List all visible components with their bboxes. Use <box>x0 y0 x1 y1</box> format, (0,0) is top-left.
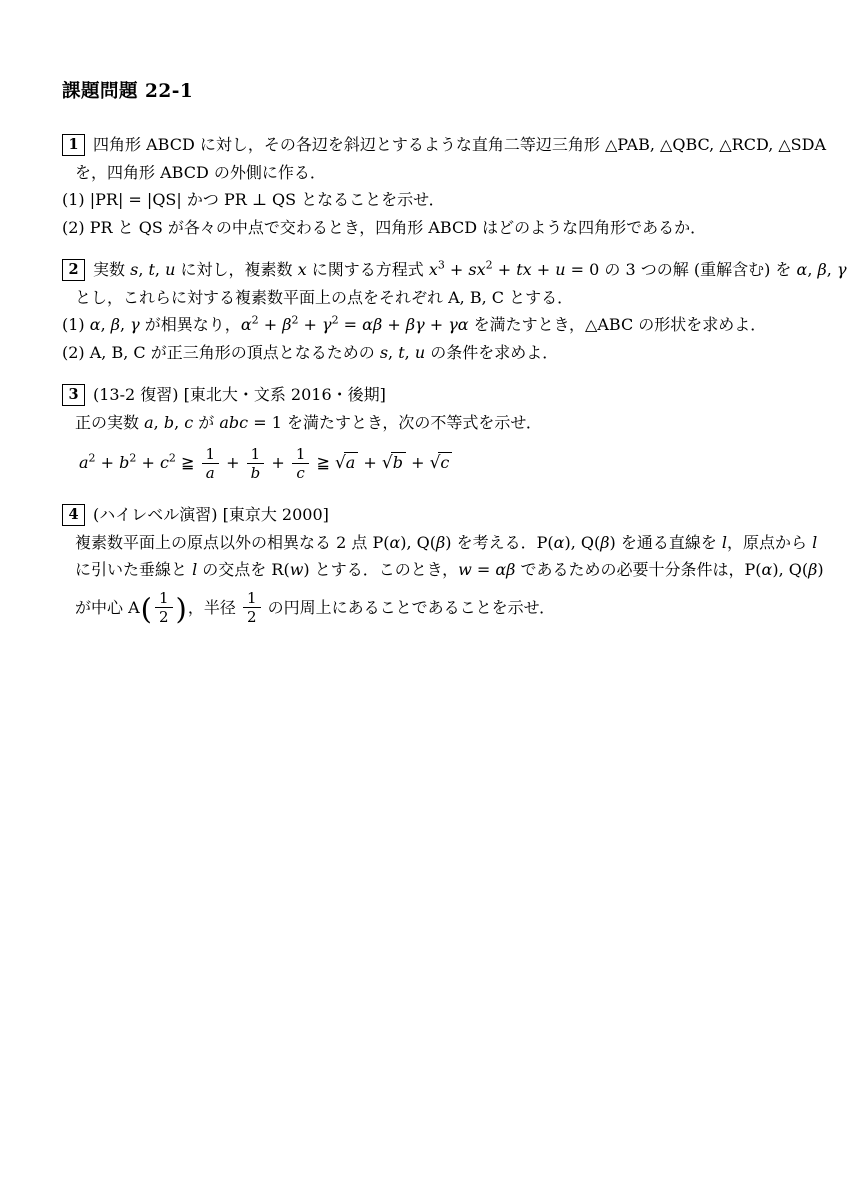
radicand: c <box>438 452 452 472</box>
text-run: に引いた垂線と <box>75 560 192 579</box>
text-run: = <box>472 560 496 579</box>
text-run: , <box>154 413 164 432</box>
text-run: + <box>96 453 120 472</box>
problem-2-subquestion-2: (2) A, B, C が正三角形の頂点となるための s, t, u の条件を求… <box>62 339 798 367</box>
fraction: 12 <box>243 589 261 626</box>
math-variable: αβ <box>362 315 382 334</box>
math-variable: w <box>458 560 472 579</box>
math-variable: s <box>380 343 388 362</box>
text-run: , <box>120 315 130 334</box>
text-run: , <box>388 343 398 362</box>
text-run: の交点を R( <box>197 560 289 579</box>
fraction-denominator: 2 <box>243 607 261 626</box>
page-title: 課題問題 22-1 <box>62 77 798 103</box>
math-variable: βγ <box>406 315 425 334</box>
text-run: (13-2 復習) [東北大・文系 2016・後期] <box>93 385 386 404</box>
text-run: 実数 <box>93 260 130 279</box>
fraction-numerator: 1 <box>292 445 310 463</box>
text-run: = <box>339 315 363 334</box>
math-variable: x <box>429 260 438 279</box>
math-variable: u <box>555 260 565 279</box>
text-run: + <box>298 315 322 334</box>
fraction-numerator: 1 <box>243 589 261 607</box>
math-variable: αβ <box>495 560 515 579</box>
math-variable: β <box>436 533 445 552</box>
text-run: に対し，複素数 <box>175 260 297 279</box>
math-variable: tx <box>516 260 531 279</box>
problem-1-statement-line-2: を，四角形 ABCD の外側に作る． <box>62 159 798 187</box>
text-run: , <box>405 343 415 362</box>
math-variable: c <box>160 453 169 472</box>
math-variable: α <box>797 260 808 279</box>
math-variable: α <box>762 560 773 579</box>
text-run: + <box>425 315 449 334</box>
text-run: , <box>155 260 165 279</box>
math-variable: α <box>389 533 400 552</box>
math-variable: x <box>298 260 307 279</box>
fraction: 12 <box>155 589 173 626</box>
math-variable: sx <box>468 260 485 279</box>
problem-2-statement-line-1: 2実数 s, t, u に対し，複素数 x に関する方程式 x3 + sx2 +… <box>62 256 798 284</box>
text-run: = 1 を満たすとき，次の不等式を示せ． <box>248 413 542 432</box>
text-run: 四角形 ABCD に対し，その各辺を斜辺とするような直角二等辺三角形 △PAB,… <box>93 135 826 154</box>
fraction-numerator: 1 <box>155 589 173 607</box>
math-variable: β <box>111 315 120 334</box>
problem-2-statement-line-2: とし，これらに対する複素数平面上の点をそれぞれ A, B, C とする． <box>62 284 798 312</box>
text-run: + <box>358 453 382 472</box>
text-run: ), Q( <box>564 533 600 552</box>
problem-3: 3(13-2 復習) [東北大・文系 2016・後期] 正の実数 a, b, c… <box>62 381 798 486</box>
text-run: の円周上にあることであることを示せ． <box>263 598 556 617</box>
math-variable: β <box>818 260 827 279</box>
text-run: , <box>138 260 148 279</box>
superscript: 3 <box>438 259 445 272</box>
text-run: を満たすとき，△ABC の形状を求めよ． <box>469 315 767 334</box>
fraction-numerator: 1 <box>247 445 265 463</box>
text-run: + <box>406 453 430 472</box>
text-run: = 0 の 3 つの解 (重解含む) を <box>566 260 797 279</box>
problem-3-source-label: (13-2 復習) [東北大・文系 2016・後期] <box>93 385 386 404</box>
text-run: に関する方程式 <box>307 260 429 279</box>
math-variable: c <box>184 413 193 432</box>
problem-4-statement-line-2: に引いた垂線と l の交点を R(w) とする．このとき，w = αβ であるた… <box>62 556 798 584</box>
problem-1-number-box: 1 <box>62 134 85 156</box>
text-run: (1) |PR| = |QS| かつ PR ⊥ QS となることを示せ． <box>62 190 445 209</box>
text-run: が相異なり， <box>140 315 241 334</box>
text-run: ), Q( <box>772 560 808 579</box>
text-run: (2) PR と QS が各々の中点で交わるとき，四角形 ABCD はどのような… <box>62 218 706 237</box>
text-run: , <box>827 260 837 279</box>
math-variable: a <box>144 413 154 432</box>
fraction-denominator: a <box>202 463 220 482</box>
problem-2-statement-runs: 実数 s, t, u に対し，複素数 x に関する方程式 x3 + sx2 + … <box>93 260 847 279</box>
fraction-denominator: 2 <box>155 607 173 626</box>
problem-1: 1四角形 ABCD に対し，その各辺を斜辺とするような直角二等辺三角形 △PAB… <box>62 131 798 241</box>
fraction: 1b <box>247 445 265 482</box>
text-run: + <box>266 453 290 472</box>
square-root: √c <box>430 440 453 486</box>
fraction-denominator: b <box>247 463 265 482</box>
problem-2-subquestion-1: (1) α, β, γ が相異なり，α2 + β2 + γ2 = αβ + βγ… <box>62 311 798 339</box>
problem-3-statement-line: 正の実数 a, b, c が abc = 1 を満たすとき，次の不等式を示せ． <box>62 409 798 437</box>
square-root: √a <box>335 440 358 486</box>
text-run: であるための必要十分条件は，P( <box>515 560 761 579</box>
text-run: + <box>382 315 406 334</box>
text-run: ), Q( <box>400 533 436 552</box>
problem-1-subquestion-2: (2) PR と QS が各々の中点で交わるとき，四角形 ABCD はどのような… <box>62 214 798 242</box>
problem-4-statement-line-1: 複素数平面上の原点以外の相異なる 2 点 P(α), Q(β) を考える．P(α… <box>62 529 798 557</box>
radicand: a <box>344 452 359 472</box>
text-run: ，原点から <box>727 533 812 552</box>
math-variable: l <box>812 533 817 552</box>
text-run: ，半径 <box>188 598 241 617</box>
text-run: の条件を求めよ． <box>425 343 558 362</box>
text-run: ) を通る直線を <box>609 533 721 552</box>
fraction-numerator: 1 <box>202 445 220 463</box>
document-page: 課題問題 22-1 1四角形 ABCD に対し，その各辺を斜辺とするような直角二… <box>0 0 850 632</box>
math-variable: α <box>554 533 565 552</box>
math-variable: α <box>90 315 101 334</box>
problem-4-statement-line-3: が中心 A(12)，半径 12 の円周上にあることであることを示せ． <box>62 584 798 632</box>
text-run: + <box>445 260 469 279</box>
fraction-denominator: c <box>292 463 310 482</box>
problem-2: 2実数 s, t, u に対し，複素数 x に関する方程式 x3 + sx2 +… <box>62 256 798 366</box>
problem-1-statement-line-1: 1四角形 ABCD に対し，その各辺を斜辺とするような直角二等辺三角形 △PAB… <box>62 131 798 159</box>
page: { "page": { "background": "#ffffff", "te… <box>0 0 850 1200</box>
text-run: + <box>259 315 283 334</box>
problem-3-inequality-formula: a2 + b2 + c2 ≧ 1a + 1b + 1c ≧ √a + √b + … <box>62 440 798 486</box>
problem-4-source-label: (ハイレベル演習) [東京大 2000] <box>93 505 329 524</box>
problem-1-statement-runs: 四角形 ABCD に対し，その各辺を斜辺とするような直角二等辺三角形 △PAB,… <box>93 135 826 154</box>
superscript: 2 <box>486 259 493 272</box>
radicand: b <box>391 452 406 472</box>
text-run: , <box>101 315 111 334</box>
math-variable: γα <box>448 315 468 334</box>
problem-4: 4(ハイレベル演習) [東京大 2000] 複素数平面上の原点以外の相異なる 2… <box>62 501 798 632</box>
math-variable: u <box>415 343 425 362</box>
text-run: (ハイレベル演習) [東京大 2000] <box>93 505 329 524</box>
superscript: 2 <box>89 452 96 465</box>
text-run: とし，これらに対する複素数平面上の点をそれぞれ A, B, C とする． <box>75 288 573 307</box>
text-run: が <box>193 413 219 432</box>
problem-4-number-box: 4 <box>62 504 85 526</box>
problem-4-header-line: 4(ハイレベル演習) [東京大 2000] <box>62 501 798 529</box>
text-run: を，四角形 ABCD の外側に作る． <box>75 163 326 182</box>
text-run: ) <box>817 560 823 579</box>
text-run: + <box>493 260 517 279</box>
problem-3-number-box: 3 <box>62 384 85 406</box>
math-variable: b <box>164 413 174 432</box>
text-run: 複素数平面上の原点以外の相異なる 2 点 P( <box>75 533 389 552</box>
superscript: 2 <box>169 452 176 465</box>
math-variable: γ <box>130 315 140 334</box>
problem-2-number-box: 2 <box>62 259 85 281</box>
math-variable: γ <box>322 315 332 334</box>
superscript: 2 <box>332 314 339 327</box>
text-run: (1) <box>62 315 90 334</box>
superscript: 2 <box>252 314 259 327</box>
math-variable: b <box>119 453 129 472</box>
problem-3-header-line: 3(13-2 復習) [東北大・文系 2016・後期] <box>62 381 798 409</box>
text-run: + <box>136 453 160 472</box>
text-run: ≧ <box>176 453 200 472</box>
math-variable: a <box>79 453 89 472</box>
math-variable: β <box>808 560 817 579</box>
text-run: (2) A, B, C が正三角形の頂点となるための <box>62 343 380 362</box>
page-title-number: 22-1 <box>138 81 193 102</box>
math-variable: w <box>290 560 304 579</box>
text-run: + <box>221 453 245 472</box>
text-run: ≧ <box>311 453 335 472</box>
text-run: , <box>807 260 817 279</box>
text-run: 正の実数 <box>75 413 144 432</box>
fraction: 1a <box>202 445 220 482</box>
fraction: 1c <box>292 445 310 482</box>
text-run: ) とする．このとき， <box>303 560 458 579</box>
text-run: + <box>532 260 556 279</box>
problem-1-subquestion-1: (1) |PR| = |QS| かつ PR ⊥ QS となることを示せ． <box>62 186 798 214</box>
math-variable: γ <box>837 260 847 279</box>
page-title-japanese: 課題問題 <box>62 81 138 102</box>
math-variable: u <box>165 260 175 279</box>
text-run: , <box>174 413 184 432</box>
math-variable: abc <box>219 413 248 432</box>
text-run: が中心 A <box>75 598 140 617</box>
text-run: ) を考える．P( <box>445 533 553 552</box>
math-variable: α <box>241 315 252 334</box>
square-root: √b <box>382 440 406 486</box>
